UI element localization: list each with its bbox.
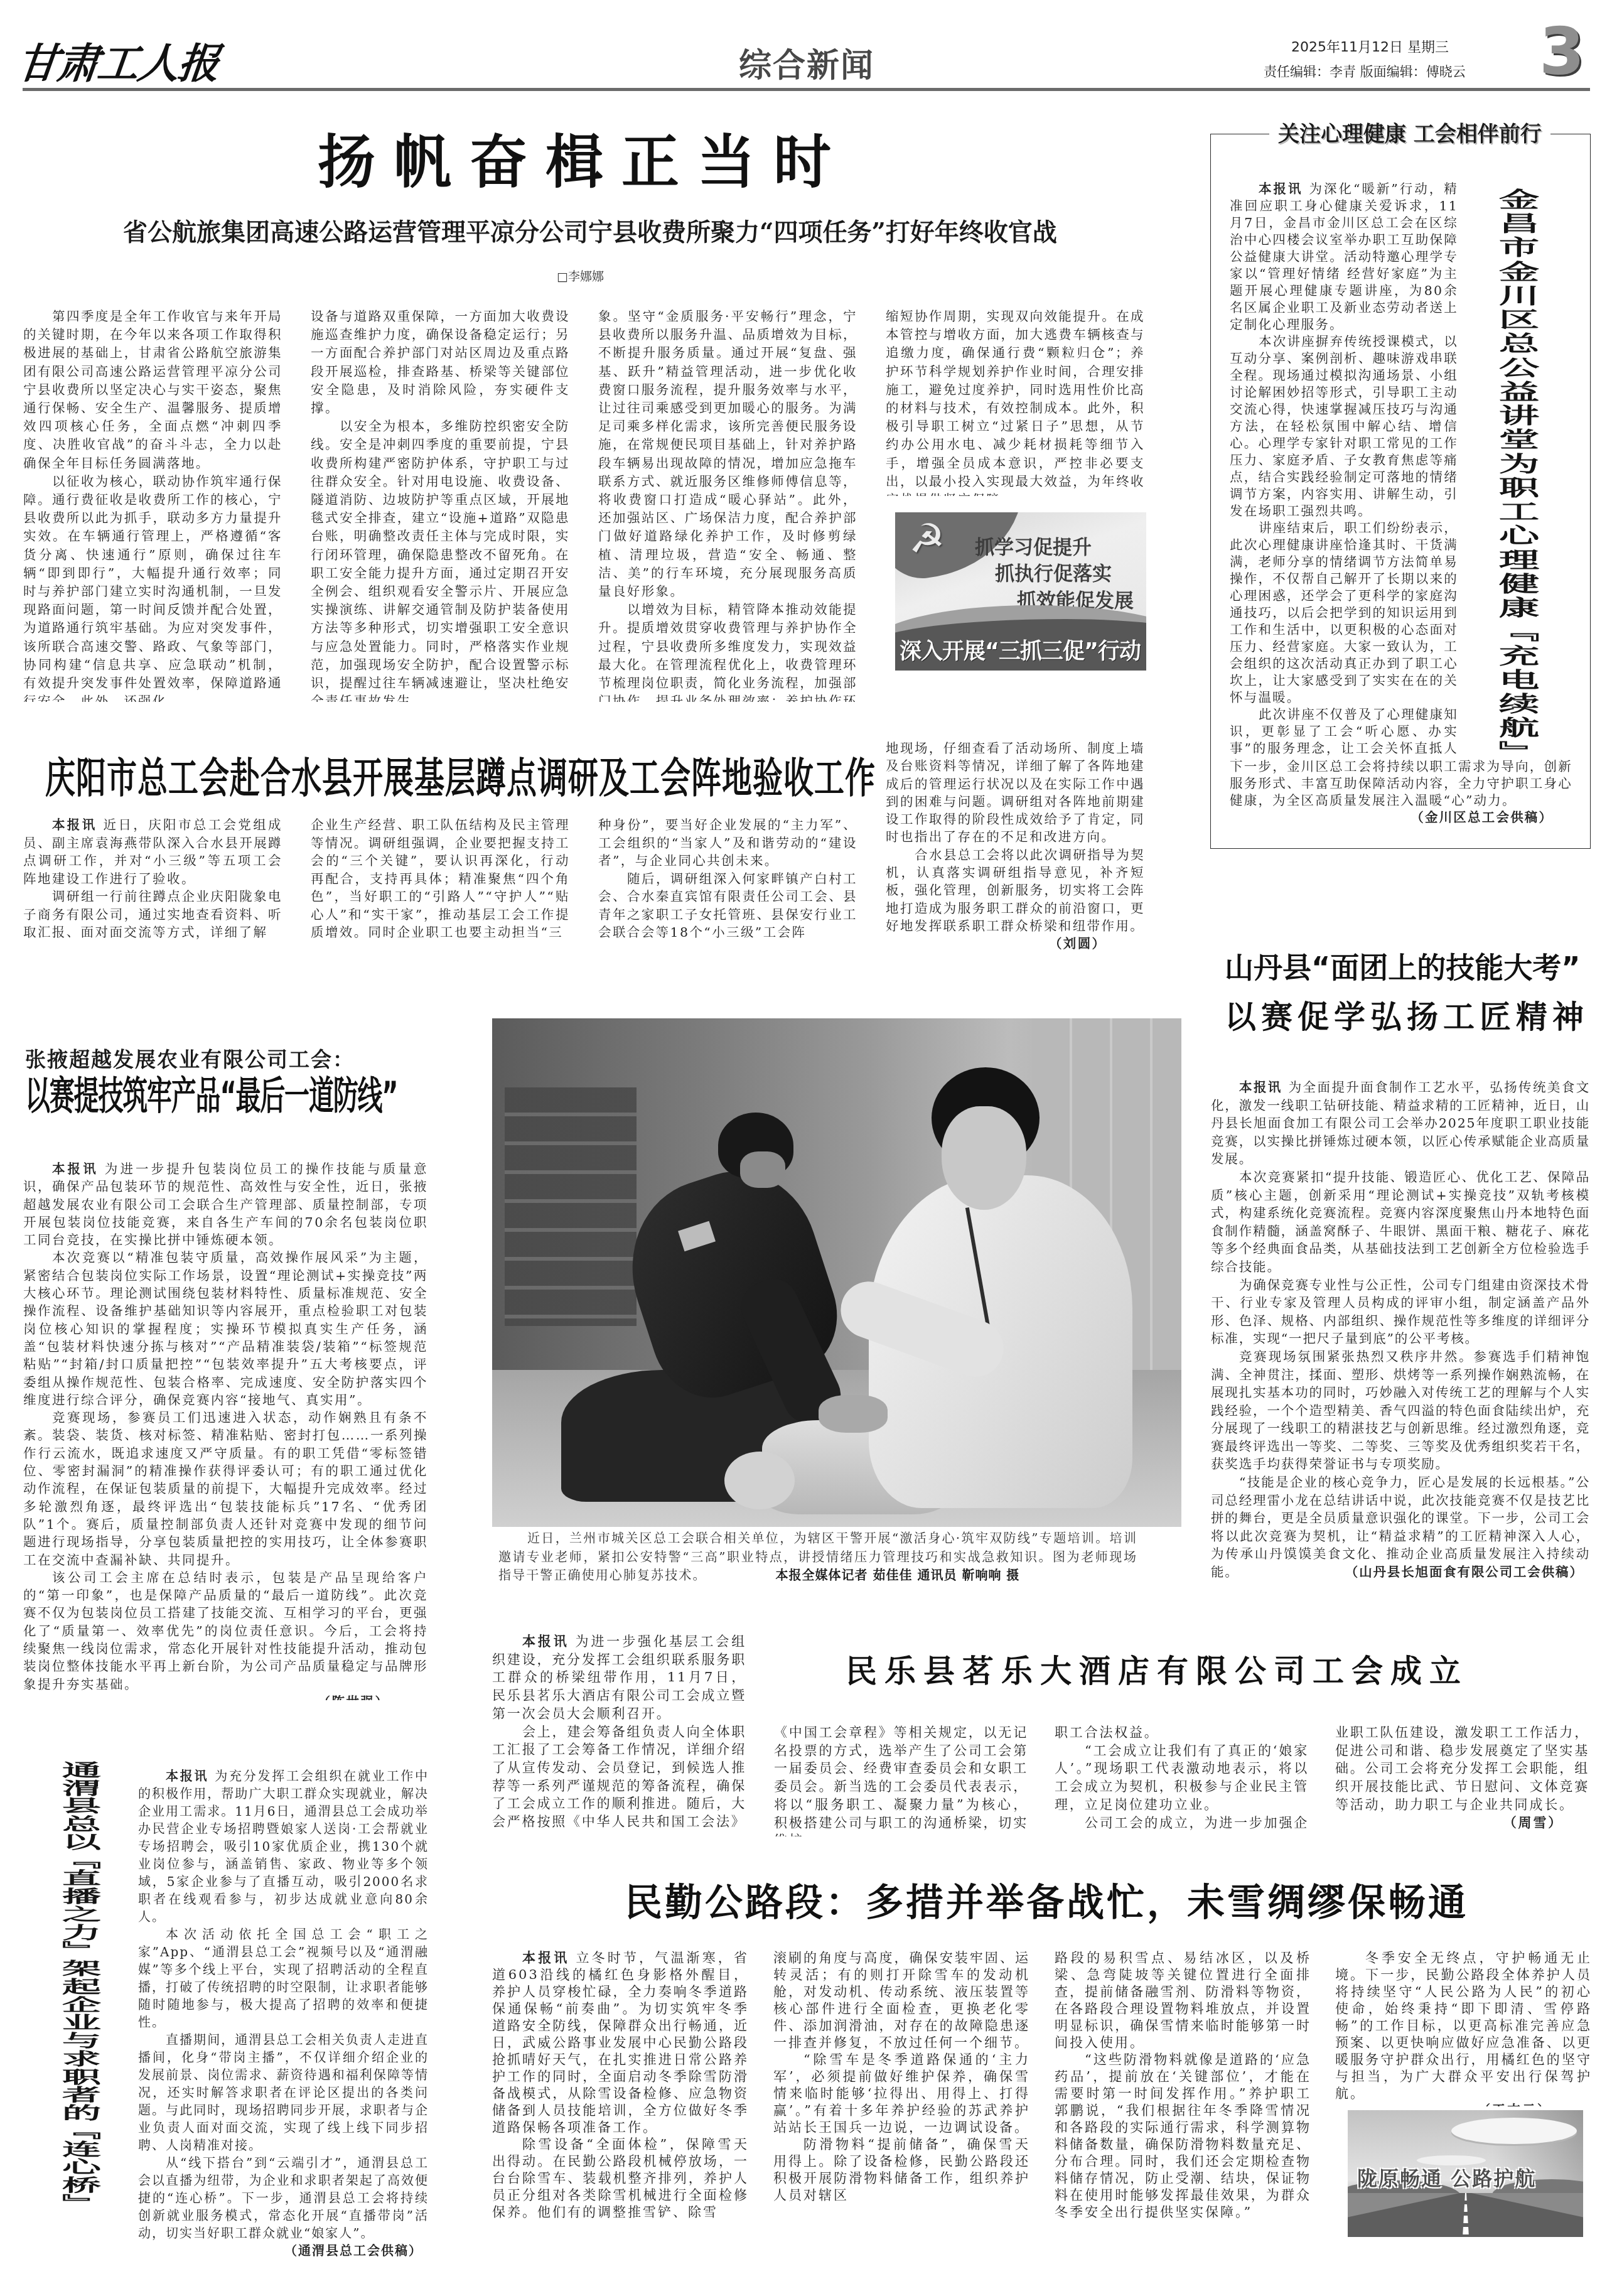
shandan-body: 本报讯为全面提升面食制作工艺水平，弘扬传统美食文化，激发一线职工钻研技能、精益求… [1211,1079,1590,1587]
photo-caption: 近日，兰州市城关区总工会联合相关单位，为辖区干警开展“激活身心·筑牢双防线”专题… [498,1529,1137,1589]
paragraph: 从“线下搭台”到“云端引才”，通渭县总工会以直播为纽带，为企业和求职者架起了高效… [138,2154,429,2242]
dateline: 本报讯 [1259,181,1303,197]
minle-column-2: 《中国工会章程》等相关规定，以无记名投票的方式，选举产生了公司工会第一届委员会、… [774,1723,1028,1836]
paragraph: 业职工队伍建设，激发职工工作活力，促进公司和谐、稳步发展奠定了坚实基础。公司工会… [1335,1723,1589,1814]
zhangye-kicker: 张掖超越发展农业有限公司工会： [25,1043,355,1073]
paragraph: 以增效为目标，精管降本推动效能提升。提质增效贯穿收费管理与养护协作全过程，宁县收… [598,601,857,702]
paragraph: 本次讲座摒弃传统授课模式，以互动分享、案例剖析、趣味游戏串联全程。现场通过模拟沟… [1230,333,1458,520]
minqin-column-3: 路段的易积雪点、易结冰区，以及桥梁、急弯陡坡等关键位置进行全面排查，提前储备融雪… [1055,1949,1311,2293]
issue-date: 2025年11月12日 星期三 [1291,36,1449,56]
paragraph: “除雪车是冬季道路保通的‘主力军’，必须提前做好维护保养，确保雪情来临时能够‘拉… [773,2051,1030,2136]
minle-headline: 民乐县茗乐大酒店有限公司工会成立 [846,1654,1468,1689]
road-image-slogan: 陇原畅通 公路护航 [1357,2163,1536,2192]
paragraph: 冬季安全无终点，守护畅通无止境。下一步，民勤公路段全体养护人员将持续坚守“人民公… [1335,1949,1592,2102]
paragraph: 滚刷的角度与高度，确保安装牢固、运转灵活；有的则打开除雪车的发动机舱，对发动机、… [773,1949,1030,2051]
source-credit: （通渭县总工会供稿） [138,2242,429,2260]
dateline: 本报讯 [522,1634,569,1649]
qingyang-headline: 庆阳市总工会赴合水县开展基层蹲点调研及工会阵地验收工作 [45,758,876,799]
paragraph: 本报讯为进一步强化基层工会组织建设，充分发挥工会组织联系服务职工群众的桥梁纽带作… [492,1632,746,1723]
paragraph: 以征收为核心，联动协作筑牢通行保障。通行费征收是收费所工作的核心，宁县收费所以此… [23,473,282,702]
paragraph: 除雪设备“全面体检”，保障雪天出得动。在民勤公路段机械停放场，一台台除雪车、装载… [492,2136,749,2221]
paragraph: 本报讯为进一步提升包装岗位员工的操作技能与质量意识，确保产品包装环节的规范性、高… [23,1160,428,1249]
dateline: 本报讯 [52,817,97,833]
dateline: 本报讯 [52,1161,99,1177]
sidebar-vertical-headline: 金昌市金川区总公益讲堂为职工心理健康『充电续航』 [1495,188,1535,765]
paragraph: 随后，调研组深入何家畔镇产白村工会、合水秦直宾馆有限责任公司工会、县青年之家职工… [598,870,857,942]
minqin-headline: 民勤公路段：多措并举备战忙，未雪绸缪保畅通 [625,1882,1468,1924]
paragraph: 此次讲座不仅普及了心理健康知识，更彰显了工会“听心愿、办实事”的服务理念，让工会… [1230,706,1458,760]
sidebar-body-wide: 下一步，金川区总工会将持续以职工需求为导向，创新服务形式、丰富互助保障活动内容，… [1230,758,1572,840]
lead-column-3: 象。坚守“金质服务·平安畅行”理念，宁县收费所以服务升温、品质增效为目标，不断提… [598,308,857,702]
minqin-column-2: 滚刷的角度与高度，确保安装牢固、运转灵活；有的则打开除雪车的发动机舱，对发动机、… [773,1949,1030,2293]
photo-cpr-mannequin-head [724,1452,795,1509]
minqin-column-1: 本报讯立冬时节，气温渐寒，省道603沿线的橘红色身影格外醒目，养护人员穿梭忙碌，… [492,1949,749,2293]
three-grasps-banner-image: ☭ 抓学习促提升 抓执行促落实 抓效能促发展 深入开展“三抓三促”行动 [895,512,1146,671]
byline: （周雪） [1335,1814,1589,1832]
paragraph: 直播期间，通渭县总工会相关负责人走进直播间，化身“带岗主播”，不仅详细介绍企业的… [138,2031,429,2154]
minle-column-1: 本报讯为进一步强化基层工会组织建设，充分发挥工会组织联系服务职工群众的桥梁纽带作… [492,1632,746,1835]
zhangye-body: 本报讯为进一步提升包装岗位员工的操作技能与质量意识，确保产品包装环节的规范性、高… [23,1160,428,1700]
paragraph: 该公司工会主席在总结时表示，包装是产品呈现给客户的“第一印象”，也是保障产品质量… [23,1569,428,1693]
paragraph: 以安全为根本，多维防控织密安全防线。安全是冲刺四季度的重要前提，宁县收费所构建严… [311,418,570,702]
paragraph: 讲座结束后，职工们纷纷表示，此次心理健康讲座恰逢其时、干货满满，老师分享的情绪调… [1230,520,1458,706]
paragraph-text: 立冬时节，气温渐寒，省道603沿线的橘红色身影格外醒目，养护人员穿梭忙碌，全力奏… [492,1950,749,2135]
section-title: 综合新闻 [739,39,874,86]
paragraph: 《中国工会章程》等相关规定，以无记名投票的方式，选举产生了公司工会第一届委员会、… [774,1723,1028,1836]
paragraph: 本报讯立冬时节，气温渐寒，省道603沿线的橘红色身影格外醒目，养护人员穿梭忙碌，… [492,1949,749,2136]
paragraph: 职工合法权益。 [1055,1723,1309,1742]
sidebar-kicker: 关注心理健康 工会相伴前行 [1269,122,1550,147]
lead-subheadline: 省公航旅集团高速公路运营管理平凉分公司宁县收费所聚力“四项任务”打好年终收官战 [123,218,1057,247]
byline: （刘圆） [886,935,1145,952]
news-photo-cpr-training [492,1018,1181,1527]
paragraph: 竞赛现场氛围紧张热烈又秩序井然。参赛选手们精神饱满、全神贯注，揉面、塑形、烘烤等… [1211,1348,1590,1474]
qingyang-column-2: 企业生产经营、职工队伍结构及民主管理等情况。调研组强调，企业要把握支持工会的“三… [311,816,570,948]
lead-column-1: 第四季度是全年工作收官与来年开局的关键时期，在今年以来各项工作取得积极进展的基础… [23,308,282,702]
paragraph: 地现场，仔细查看了活动场所、制度上墙及台账资料等情况，详细了解了各阵地建成后的管… [886,740,1145,846]
paragraph: 本次竞赛以“精准包装守质量，高效操作展风采”为主题，紧密结合包装岗位实际工作场景… [23,1249,428,1409]
paragraph: 设备与道路双重保障，一方面加大收费设施巡查维护力度，确保设备稳定运行；另一方面配… [311,308,570,418]
shandan-headline-line-1: 山丹县“面团上的技能大考” [1225,951,1580,984]
minle-column-4: 业职工队伍建设，激发职工工作活力，促进公司和谐、稳步发展奠定了坚实基础。公司工会… [1335,1723,1589,1836]
paragraph: 象。坚守“金质服务·平安畅行”理念，宁县收费所以服务升温、品质增效为目标，不断提… [598,308,857,601]
qingyang-column-4: 地现场，仔细查看了活动场所、制度上墙及台账资料等情况，详细了解了各阵地建成后的管… [886,740,1145,978]
paragraph: 本报讯为全面提升面食制作工艺水平，弘扬传统美食文化，激发一线职工钻研技能、精益求… [1211,1079,1590,1168]
shandan-headline-line-2: 以赛促学弘扬工匠精神 [1225,1000,1589,1035]
paragraph: 第四季度是全年工作收官与来年开局的关键时期，在今年以来各项工作取得积极进展的基础… [23,308,282,473]
banner-line-2: 抓执行促落实 [995,558,1112,586]
paragraph: 种身份”，要当好企业发展的“主力军”、工会组织的“当家人”及和谐劳动的“建设者”… [598,816,857,870]
dateline: 本报讯 [522,1950,569,1965]
paragraph: 本次竞赛紧扣“提升技能、锻造匠心、优化工艺、保障品质”核心主题，创新采用“理论测… [1211,1168,1590,1276]
tongwei-body: 本报讯为充分发挥工会组织在就业工作中的积极作用，帮助广大职工群众实现就业，解决企… [138,1767,429,2288]
photo-instructor-face [942,1106,1026,1210]
qingyang-column-1: 本报讯近日，庆阳市总工会党组成员、副主席袁海燕带队深入合水县开展蹲点调研工作，并… [23,816,282,948]
caption-text: 近日，兰州市城关区总工会联合相关单位，为辖区干警开展“激活身心·筑牢双防线”专题… [498,1529,1137,1585]
lead-headline: 扬帆奋楫正当时 [318,132,849,192]
paragraph: 防滑物料“提前储备”，确保雪天用得上。除了设备检修，民勤公路段还积极开展防滑物料… [773,2136,1030,2204]
lead-column-4: 缩短协作周期，实现双向效能提升。在成本管控与增收方面，加大逃费车辆核查与追缴力度… [886,308,1145,496]
party-emblem-icon: ☭ [909,516,945,563]
paragraph: 本报讯近日，庆阳市总工会党组成员、副主席袁海燕带队深入合水县开展蹲点调研工作，并… [23,816,282,888]
paragraph: 本次活动依托全国总工会“职工之家”App、“通渭县总工会”视频号以及“通渭融媒”… [138,1926,429,2031]
masthead-rule [23,88,1590,91]
paragraph: 会上，建会筹备组负责人向全体职工汇报了工会筹备工作情况，详细介绍了从宣传发动、会… [492,1723,746,1831]
road-illustration-image: 陇原畅通 公路护航 [1348,2110,1583,2237]
cloud-shape [1451,2118,1577,2144]
editors-credit: 责任编辑：李青 版面编辑：傅晓云 [1264,62,1466,80]
photo-credit: 本报全媒体记者 茹佳佳 通讯员 靳响响 摄 [776,1568,1020,1583]
paragraph: 调研组一行前往蹲点企业庆阳陇象电子商务有限公司，通过实地查看资料、听取汇报、面对… [23,888,282,942]
photo-officer-face [740,1151,785,1188]
byline: （陈世强） [23,1693,428,1700]
photo-hands [819,1395,888,1433]
paragraph: 公司工会的成立，为进一步加强企 [1055,1814,1309,1832]
paragraph: 本报讯为充分发挥工会组织在就业工作中的积极作用，帮助广大职工群众实现就业，解决企… [138,1767,429,1926]
page-number: 3 [1539,19,1584,84]
newspaper-logo: 甘肃工人报 [14,30,222,90]
tongwei-vertical-headline: 通渭县总以『直播之力』架起企业与求职者的『连心桥』 [58,1761,97,2212]
minqin-column-4: 冬季安全无终点，守护畅通无止境。下一步，民勤公路段全体养护人员将持续坚守“人民公… [1335,1949,1592,2106]
lead-byline: □李娜娜 [557,267,604,284]
minle-column-3: 职工合法权益。 “工会成立让我们有了真正的‘娘家人’。”现场职工代表激动地表示，… [1055,1723,1309,1836]
paragraph: 竞赛现场，参赛员工们迅速进入状态，动作娴熟且有条不紊。装袋、装货、核对标签、精准… [23,1409,428,1569]
qingyang-column-3: 种身份”，要当好企业发展的“主力军”、工会组织的“当家人”及和谐劳动的“建设者”… [598,816,857,948]
dateline: 本报讯 [166,1769,208,1784]
banner-slogan: 深入开展“三抓三促”行动 [900,634,1141,666]
zhangye-headline: 以赛提技筑牢产品“最后一道防线” [25,1077,397,1116]
paragraph: 路段的易积雪点、易结冰区，以及桥梁、急弯陡坡等关键位置进行全面排查，提前储备融雪… [1055,1949,1311,2051]
paragraph-text: 为充分发挥工会组织在就业工作中的积极作用，帮助广大职工群众实现就业，解决企业用工… [138,1769,429,1924]
paragraph: “这些防滑物料就像是道路的‘应急药品’，提前放在‘关键部位’，才能在需要时第一时… [1055,2051,1311,2221]
photo-shelves [505,1087,637,1326]
source-credit: （金川区总工会供稿） [1230,809,1572,826]
paragraph: 为确保竞赛专业性与公正性，公司专门组建由资深技术骨干、行业专家及管理人员构成的评… [1211,1276,1590,1348]
lead-column-2: 设备与道路双重保障，一方面加大收费设施巡查维护力度，确保设备稳定运行；另一方面配… [311,308,570,702]
source-credit: （山丹县长旭面食有限公司工会供稿） [1211,1563,1590,1582]
byline: （王志元） [1335,2102,1592,2106]
newspaper-page: 甘肃工人报 综合新闻 2025年11月12日 星期三 责任编辑：李青 版面编辑：… [0,0,1612,2296]
paragraph: 合水县总工会将以此次调研指导为契机，认真落实调研组指导意见，补齐短板，强化管理，… [886,846,1145,935]
sidebar-body: 本报讯为深化“暖新”行动，精准回应职工身心健康关爱诉求，11月7日，金昌市金川区… [1230,181,1458,760]
paragraph: “工会成立让我们有了真正的‘娘家人’。”现场职工代表激动地表示，将以工会成立为契… [1055,1742,1309,1814]
paragraph: 下一步，金川区总工会将持续以职工需求为导向，创新服务形式、丰富互助保障活动内容，… [1230,758,1572,809]
paragraph: 本报讯为深化“暖新”行动，精准回应职工身心健康关爱诉求，11月7日，金昌市金川区… [1230,181,1458,333]
banner-line-1: 抓学习促提升 [975,531,1092,559]
paragraph-text: 为深化“暖新”行动，精准回应职工身心健康关爱诉求，11月7日，金昌市金川区总工会… [1230,181,1458,332]
paragraph: 缩短协作周期，实现双向效能提升。在成本管控与增收方面，加大逃费车辆核查与追缴力度… [886,308,1145,496]
dateline: 本报讯 [1239,1080,1282,1095]
paragraph: 企业生产经营、职工队伍结构及民主管理等情况。调研组强调，企业要把握支持工会的“三… [311,816,570,942]
